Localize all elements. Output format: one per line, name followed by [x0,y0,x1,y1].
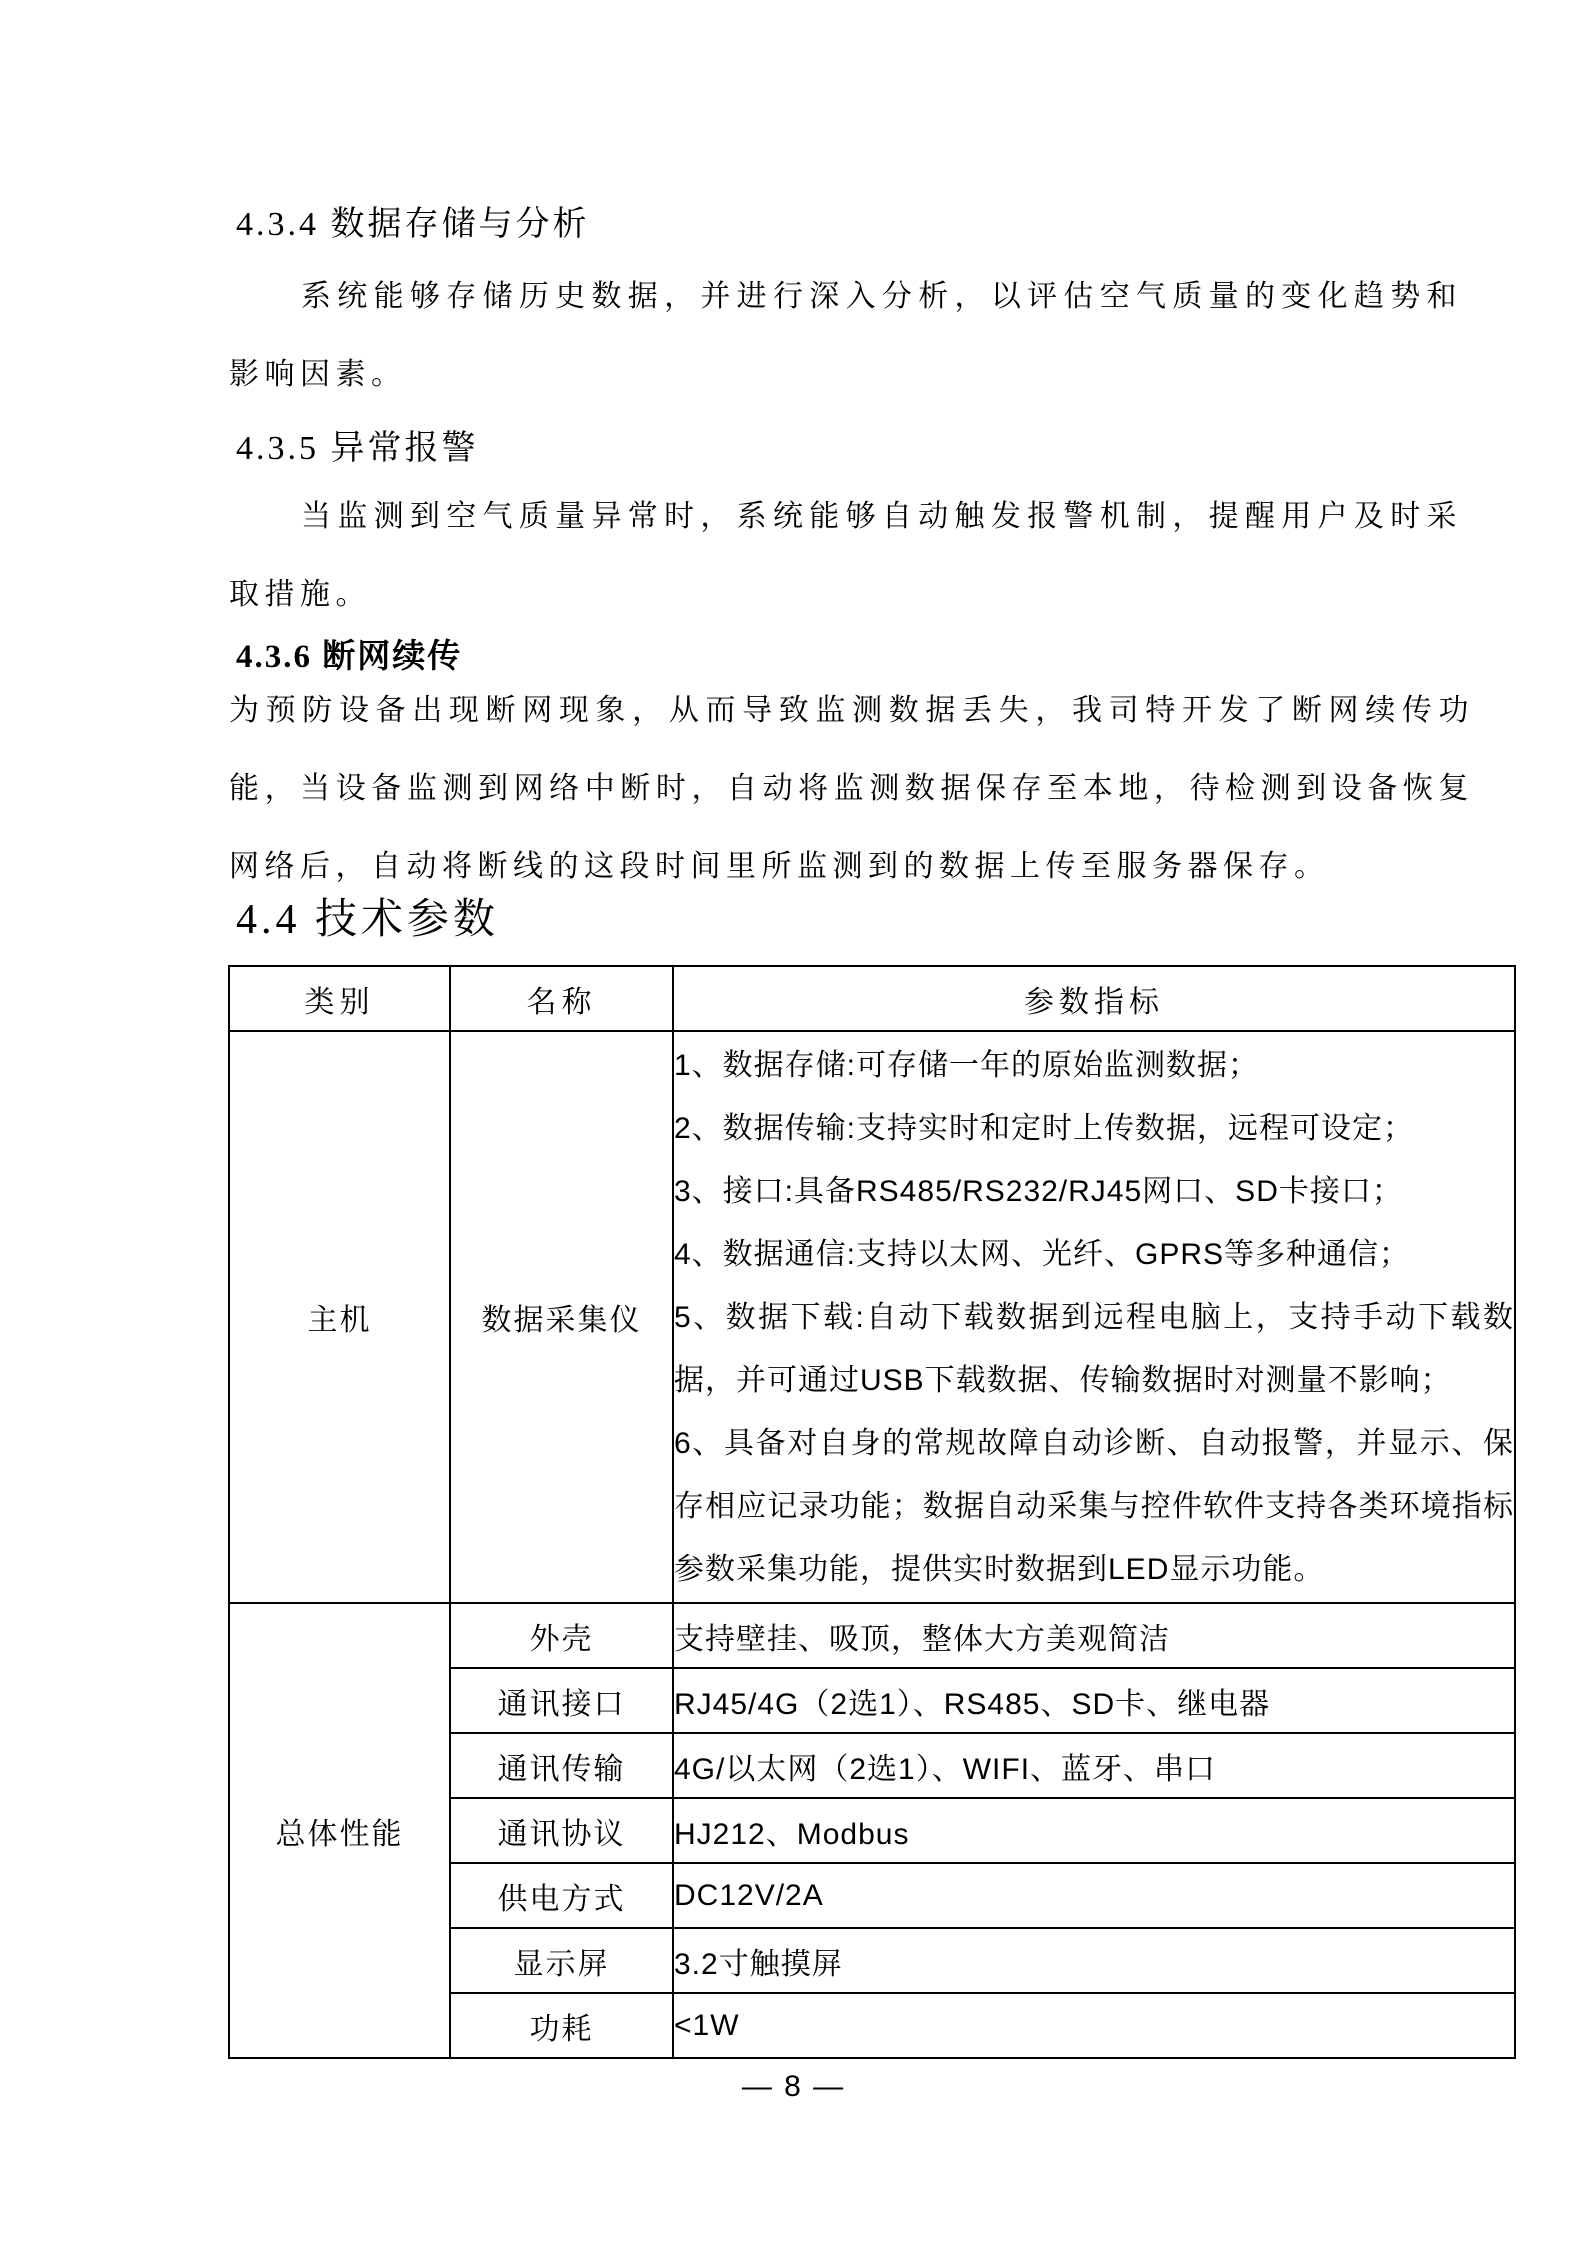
cell-category-host: 主机 [229,1031,450,1603]
cell-spec-value: 支持壁挂、吸顶，整体大方美观简洁 [673,1603,1515,1668]
host-parameter-item: 2、数据传输:支持实时和定时上传数据，远程可设定； [674,1097,1514,1160]
cell-spec-value: RJ45/4G（2选1）、RS485、SD卡、继电器 [673,1668,1515,1733]
cell-spec-value: <1W [673,1993,1515,2058]
table-row-spec: 总体性能 外壳 支持壁挂、吸顶，整体大方美观简洁 [229,1603,1515,1668]
host-parameter-item: 4、数据通信:支持以太网、光纤、GPRS等多种通信； [674,1223,1514,1286]
cell-spec-name: 功耗 [450,1993,673,2058]
cell-spec-value: 3.2寸触摸屏 [673,1928,1515,1993]
cell-host-parameters: 1、数据存储:可存储一年的原始监测数据； 2、数据传输:支持实时和定时上传数据，… [673,1031,1515,1603]
cell-spec-name: 通讯传输 [450,1733,673,1798]
host-parameter-item: 3、接口:具备RS485/RS232/RJ45网口、SD卡接口； [674,1160,1514,1223]
section-heading-435: 4.3.5 异常报警 [236,420,479,469]
header-cell-parameters: 参数指标 [673,966,1515,1031]
page-number: — 8 — [0,2070,1587,2104]
cell-spec-name: 供电方式 [450,1863,673,1928]
cell-spec-name: 通讯接口 [450,1668,673,1733]
cell-spec-value: 4G/以太网（2选1）、WIFI、蓝牙、串口 [673,1733,1515,1798]
cell-spec-value: DC12V/2A [673,1863,1515,1928]
section-heading-434: 4.3.4 数据存储与分析 [236,196,590,245]
header-cell-name: 名称 [450,966,673,1031]
host-parameter-item: 6、具备对自身的常规故障自动诊断、自动报警，并显示、保存相应记录功能；数据自动采… [674,1412,1514,1601]
section-paragraph-436: 为预防设备出现断网现象，从而导致监测数据丢失，我司特开发了断网续传功能，当设备监… [229,672,1474,906]
host-parameter-item: 5、数据下载:自动下载数据到远程电脑上，支持手动下载数据，并可通过USB下载数据… [674,1286,1514,1412]
host-parameter-item: 1、数据存储:可存储一年的原始监测数据； [674,1034,1514,1097]
section-heading-436: 4.3.6 断网续传 [236,630,462,677]
technical-parameters-table: 类别 名称 参数指标 主机 数据采集仪 1、数据存储:可存储一年的原始监测数据；… [228,965,1516,2059]
table-header-row: 类别 名称 参数指标 [229,966,1515,1031]
header-cell-category: 类别 [229,966,450,1031]
cell-spec-name: 显示屏 [450,1928,673,1993]
cell-spec-name: 外壳 [450,1603,673,1668]
cell-spec-value: HJ212、Modbus [673,1798,1515,1863]
cell-spec-name: 通讯协议 [450,1798,673,1863]
section-paragraph-435: 当监测到空气质量异常时，系统能够自动触发报警机制，提醒用户及时采取措施。 [229,478,1462,634]
table-row-host: 主机 数据采集仪 1、数据存储:可存储一年的原始监测数据； 2、数据传输:支持实… [229,1031,1515,1603]
cell-category-overall: 总体性能 [229,1603,450,2058]
section-paragraph-434: 系统能够存储历史数据，并进行深入分析，以评估空气质量的变化趋势和影响因素。 [229,258,1462,414]
section-heading-44: 4.4 技术参数 [236,886,499,946]
cell-name-datalogger: 数据采集仪 [450,1031,673,1603]
document-page: 4.3.4 数据存储与分析 系统能够存储历史数据，并进行深入分析，以评估空气质量… [0,0,1587,2245]
